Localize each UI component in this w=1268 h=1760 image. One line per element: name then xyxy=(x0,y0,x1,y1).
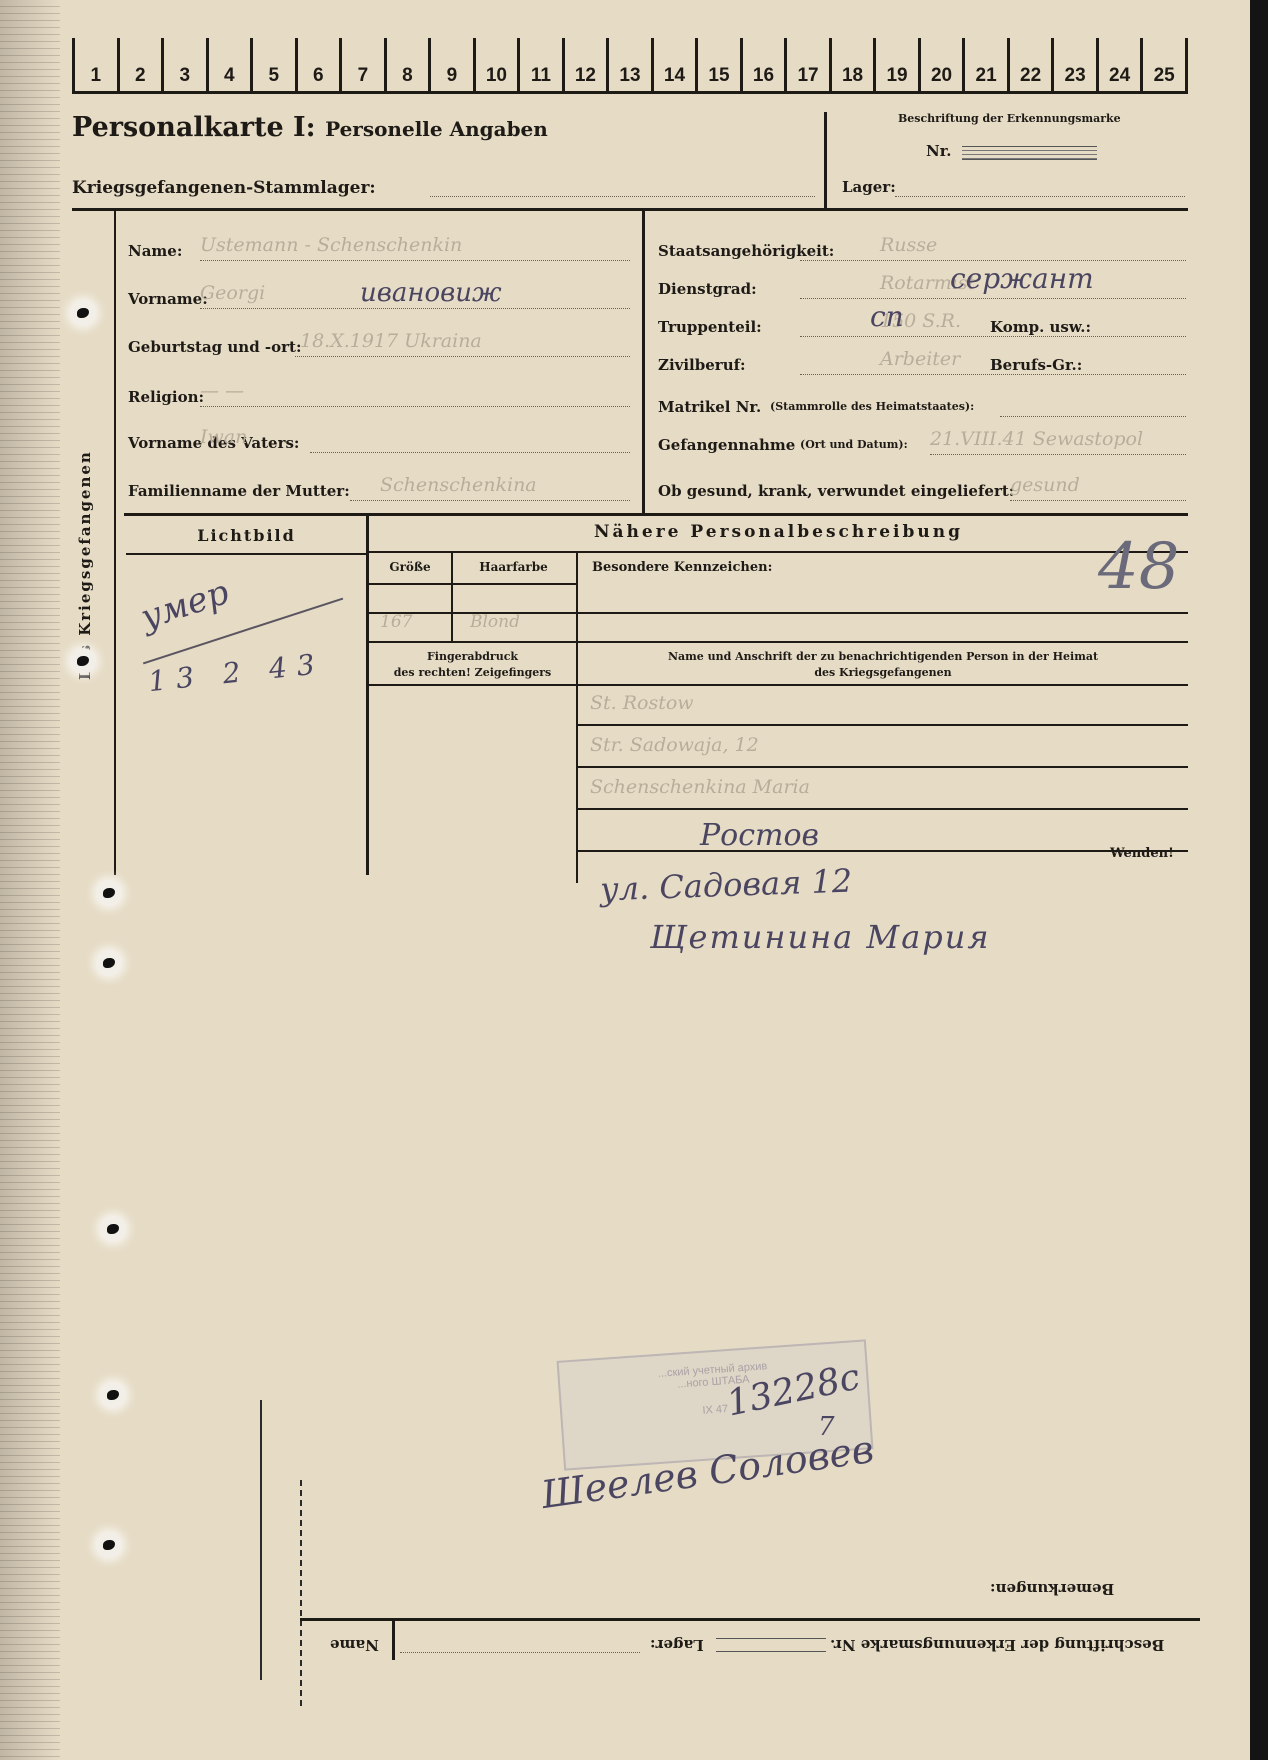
left-field-input[interactable] xyxy=(310,452,630,453)
right-field-value: Russe xyxy=(880,234,937,256)
haarfarbe-value: Blond xyxy=(470,612,520,632)
ruler-number: 23 xyxy=(1054,65,1096,87)
ruler-cell: 3 xyxy=(161,38,206,91)
left-field-handwritten: ивановиж xyxy=(360,278,502,308)
left-field-value: — — xyxy=(200,380,244,402)
ruler-cell: 8 xyxy=(384,38,429,91)
punch-hole xyxy=(70,300,96,326)
nr-field[interactable] xyxy=(962,146,1097,160)
rule xyxy=(369,641,1188,643)
number-ruler: 1234567891011121314151617181920212223242… xyxy=(72,38,1188,94)
left-field-label: Familienname der Mutter: xyxy=(128,482,350,500)
ruler-number: 7 xyxy=(342,65,384,87)
left-field-input[interactable] xyxy=(350,500,630,501)
right-field-label: Gefangennahme xyxy=(658,436,795,454)
ruler-cell: 20 xyxy=(918,38,963,91)
ruler-cell: 2 xyxy=(117,38,162,91)
contact-line: Schenschenkina Maria xyxy=(590,776,810,798)
left-field-label: Vorname: xyxy=(128,290,208,308)
rule xyxy=(369,583,576,585)
left-field-input[interactable] xyxy=(200,308,630,309)
right-field-second-label: Komp. usw.: xyxy=(990,318,1091,336)
rule xyxy=(578,766,1188,768)
ruler-cell: 13 xyxy=(606,38,651,91)
left-field-label: Religion: xyxy=(128,388,204,406)
finger-label-1: Fingerabdruck xyxy=(369,650,576,663)
handwritten-umer: умер xyxy=(136,572,234,638)
left-field-input[interactable] xyxy=(200,260,630,261)
contact-line: Str. Sadowaja, 12 xyxy=(590,734,759,756)
ruler-number: 11 xyxy=(520,65,562,87)
right-field-label: Zivilberuf: xyxy=(658,356,746,374)
right-field-sublabel: (Ort und Datum): xyxy=(800,438,908,451)
punch-hole xyxy=(100,1382,126,1408)
ruler-cell: 15 xyxy=(695,38,740,91)
ruler-number: 16 xyxy=(743,65,785,87)
ruler-cell: 11 xyxy=(517,38,562,91)
right-field-input[interactable] xyxy=(800,374,1186,375)
right-field-sublabel: (Stammrolle des Heimatstaates): xyxy=(770,400,974,413)
paper-edge xyxy=(0,0,60,1760)
ruler-number: 6 xyxy=(298,65,340,87)
rule xyxy=(124,513,1188,516)
contact-label-2: des Kriegsgefangenen xyxy=(578,666,1188,679)
left-field-value: Iwan xyxy=(200,426,247,448)
ruler-cell: 18 xyxy=(829,38,874,91)
right-field-input[interactable] xyxy=(800,298,1186,299)
ruler-cell: 12 xyxy=(562,38,607,91)
ruler-cell: 22 xyxy=(1007,38,1052,91)
ruler-number: 19 xyxy=(876,65,918,87)
ruler-number: 3 xyxy=(164,65,206,87)
handwritten-address: ул. Садовая 12 xyxy=(599,862,852,909)
title-main: Personalkarte I: xyxy=(72,112,316,143)
ruler-cell: 21 xyxy=(962,38,1007,91)
scan-border xyxy=(1250,0,1268,1760)
beschriftung-label: Beschriftung der Erkennungsmarke Nr. xyxy=(830,1636,1164,1654)
rule xyxy=(126,553,369,555)
stammlager-field[interactable] xyxy=(430,196,815,197)
lager-label: Lager: xyxy=(842,178,896,196)
contact-line: Ростов xyxy=(700,818,819,853)
wenden-label: Wenden! xyxy=(1110,846,1174,861)
right-field-handwritten: сп xyxy=(870,300,904,333)
divider xyxy=(824,112,827,210)
left-field-value: 18.X.1917 Ukraina xyxy=(300,330,482,352)
ruler-number: 20 xyxy=(921,65,963,87)
ruler-cell: 17 xyxy=(784,38,829,91)
fold-line xyxy=(300,1480,302,1710)
left-field-input[interactable] xyxy=(295,356,630,357)
divider xyxy=(576,553,578,883)
ruler-cell: 16 xyxy=(740,38,785,91)
ruler-number: 25 xyxy=(1143,65,1185,87)
ruler-number: 12 xyxy=(565,65,607,87)
contact-line: St. Rostow xyxy=(590,692,694,714)
punch-hole xyxy=(96,950,122,976)
right-field-label: Staatsangehörigkeit: xyxy=(658,242,834,260)
description-header: Nähere Personalbeschreibung xyxy=(369,522,1188,542)
ruler-cell: 1 xyxy=(72,38,117,91)
lager-label-reversed: Lager: xyxy=(650,1636,704,1654)
ruler-number: 18 xyxy=(832,65,874,87)
ruler-cell: 6 xyxy=(295,38,340,91)
title-sub: Personelle Angaben xyxy=(325,117,548,141)
handwritten-date: 13 2 43 xyxy=(147,647,326,698)
ruler-number: 9 xyxy=(431,65,473,87)
right-field-input[interactable] xyxy=(800,336,1186,337)
right-field-input[interactable] xyxy=(930,454,1186,455)
ruler-cell: 23 xyxy=(1051,38,1096,91)
punch-hole xyxy=(96,880,122,906)
name-label-reversed: Name xyxy=(330,1636,379,1654)
right-field-label: Matrikel Nr. xyxy=(658,398,761,416)
right-field-value: Arbeiter xyxy=(880,348,960,370)
rule xyxy=(578,724,1188,726)
rule xyxy=(369,684,1188,686)
handwritten-name: Щетинина Мария xyxy=(650,918,991,956)
ruler-cell: 14 xyxy=(651,38,696,91)
groesse-label: Größe xyxy=(369,560,451,574)
ruler-number: 21 xyxy=(965,65,1007,87)
ruler-cell: 24 xyxy=(1096,38,1141,91)
left-field-value: Ustemann - Schenschenkin xyxy=(200,234,462,256)
punch-hole xyxy=(96,1532,122,1558)
ruler-number: 4 xyxy=(209,65,251,87)
left-field-value: Georgi xyxy=(200,282,265,304)
column-divider xyxy=(642,210,645,515)
bemerkungen-label: Bemerkungen: xyxy=(990,1580,1114,1598)
ruler-cell: 4 xyxy=(206,38,251,91)
right-field-input[interactable] xyxy=(1000,416,1186,417)
rule xyxy=(578,850,1188,852)
ruler-number: 10 xyxy=(476,65,518,87)
ruler-cell: 19 xyxy=(873,38,918,91)
stammlager-label: Kriegsgefangenen-Stammlager: xyxy=(72,178,376,198)
ruler-number: 22 xyxy=(1010,65,1052,87)
personalkarte-document: 1234567891011121314151617181920212223242… xyxy=(0,0,1250,1760)
haarfarbe-label: Haarfarbe xyxy=(451,560,576,574)
right-field-input[interactable] xyxy=(800,260,1186,261)
ruler-cell: 9 xyxy=(428,38,473,91)
ruler-number: 14 xyxy=(654,65,696,87)
fold-line xyxy=(260,1400,262,1680)
ruler-number: 13 xyxy=(609,65,651,87)
lichtbild-label: Lichtbild xyxy=(124,526,369,545)
left-border xyxy=(114,210,116,875)
ruler-number: 2 xyxy=(120,65,162,87)
right-field-handwritten: сержант xyxy=(950,262,1094,295)
handwritten-mark: 48 xyxy=(1098,530,1179,604)
nr-field-reversed[interactable] xyxy=(716,1638,826,1652)
punch-hole xyxy=(70,648,96,674)
right-field-label: Ob gesund, krank, verwundet eingeliefert… xyxy=(658,482,1014,500)
ruler-number: 17 xyxy=(787,65,829,87)
ruler-number: 15 xyxy=(698,65,740,87)
lager-field[interactable] xyxy=(895,196,1185,197)
rule xyxy=(369,551,1188,553)
ruler-number: 5 xyxy=(253,65,295,87)
ruler-cell: 7 xyxy=(339,38,384,91)
left-field-label: Name: xyxy=(128,242,182,260)
rule xyxy=(72,208,1188,211)
ruler-number: 1 xyxy=(75,65,117,87)
contact-label-1: Name und Anschrift der zu benachrichtige… xyxy=(578,650,1188,663)
right-field-label: Truppenteil: xyxy=(658,318,762,336)
finger-label-2: des rechten! Zeigefingers xyxy=(369,666,576,679)
right-field-input[interactable] xyxy=(1010,500,1186,501)
left-field-value: Schenschenkina xyxy=(380,474,537,496)
ruler-number: 8 xyxy=(387,65,429,87)
lager-field-reversed[interactable] xyxy=(400,1652,640,1653)
ruler-cell: 5 xyxy=(250,38,295,91)
rule xyxy=(578,808,1188,810)
rule xyxy=(300,1618,1200,1621)
ruler-cell: 25 xyxy=(1140,38,1188,91)
right-field-label: Dienstgrad: xyxy=(658,280,757,298)
left-field-input[interactable] xyxy=(200,406,630,407)
groesse-value: 167 xyxy=(380,612,412,632)
card-title: Personalkarte I: Personelle Angaben xyxy=(72,112,548,143)
right-field-value: gesund xyxy=(1010,474,1080,496)
left-field-label: Geburtstag und -ort: xyxy=(128,338,302,356)
side-label: Des Kriegsgefangenen xyxy=(76,450,94,680)
right-field-value: 21.VIII.41 Sewastopol xyxy=(930,428,1143,450)
ruler-number: 24 xyxy=(1099,65,1141,87)
nr-label: Nr. xyxy=(926,142,951,160)
kennzeichen-label: Besondere Kennzeichen: xyxy=(592,560,772,575)
right-field-second-label: Berufs-Gr.: xyxy=(990,356,1082,374)
punch-hole xyxy=(100,1216,126,1242)
ruler-cell: 10 xyxy=(473,38,518,91)
erkennungsmarke-label: Beschriftung der Erkennungsmarke xyxy=(898,112,1121,125)
divider xyxy=(392,1620,395,1660)
